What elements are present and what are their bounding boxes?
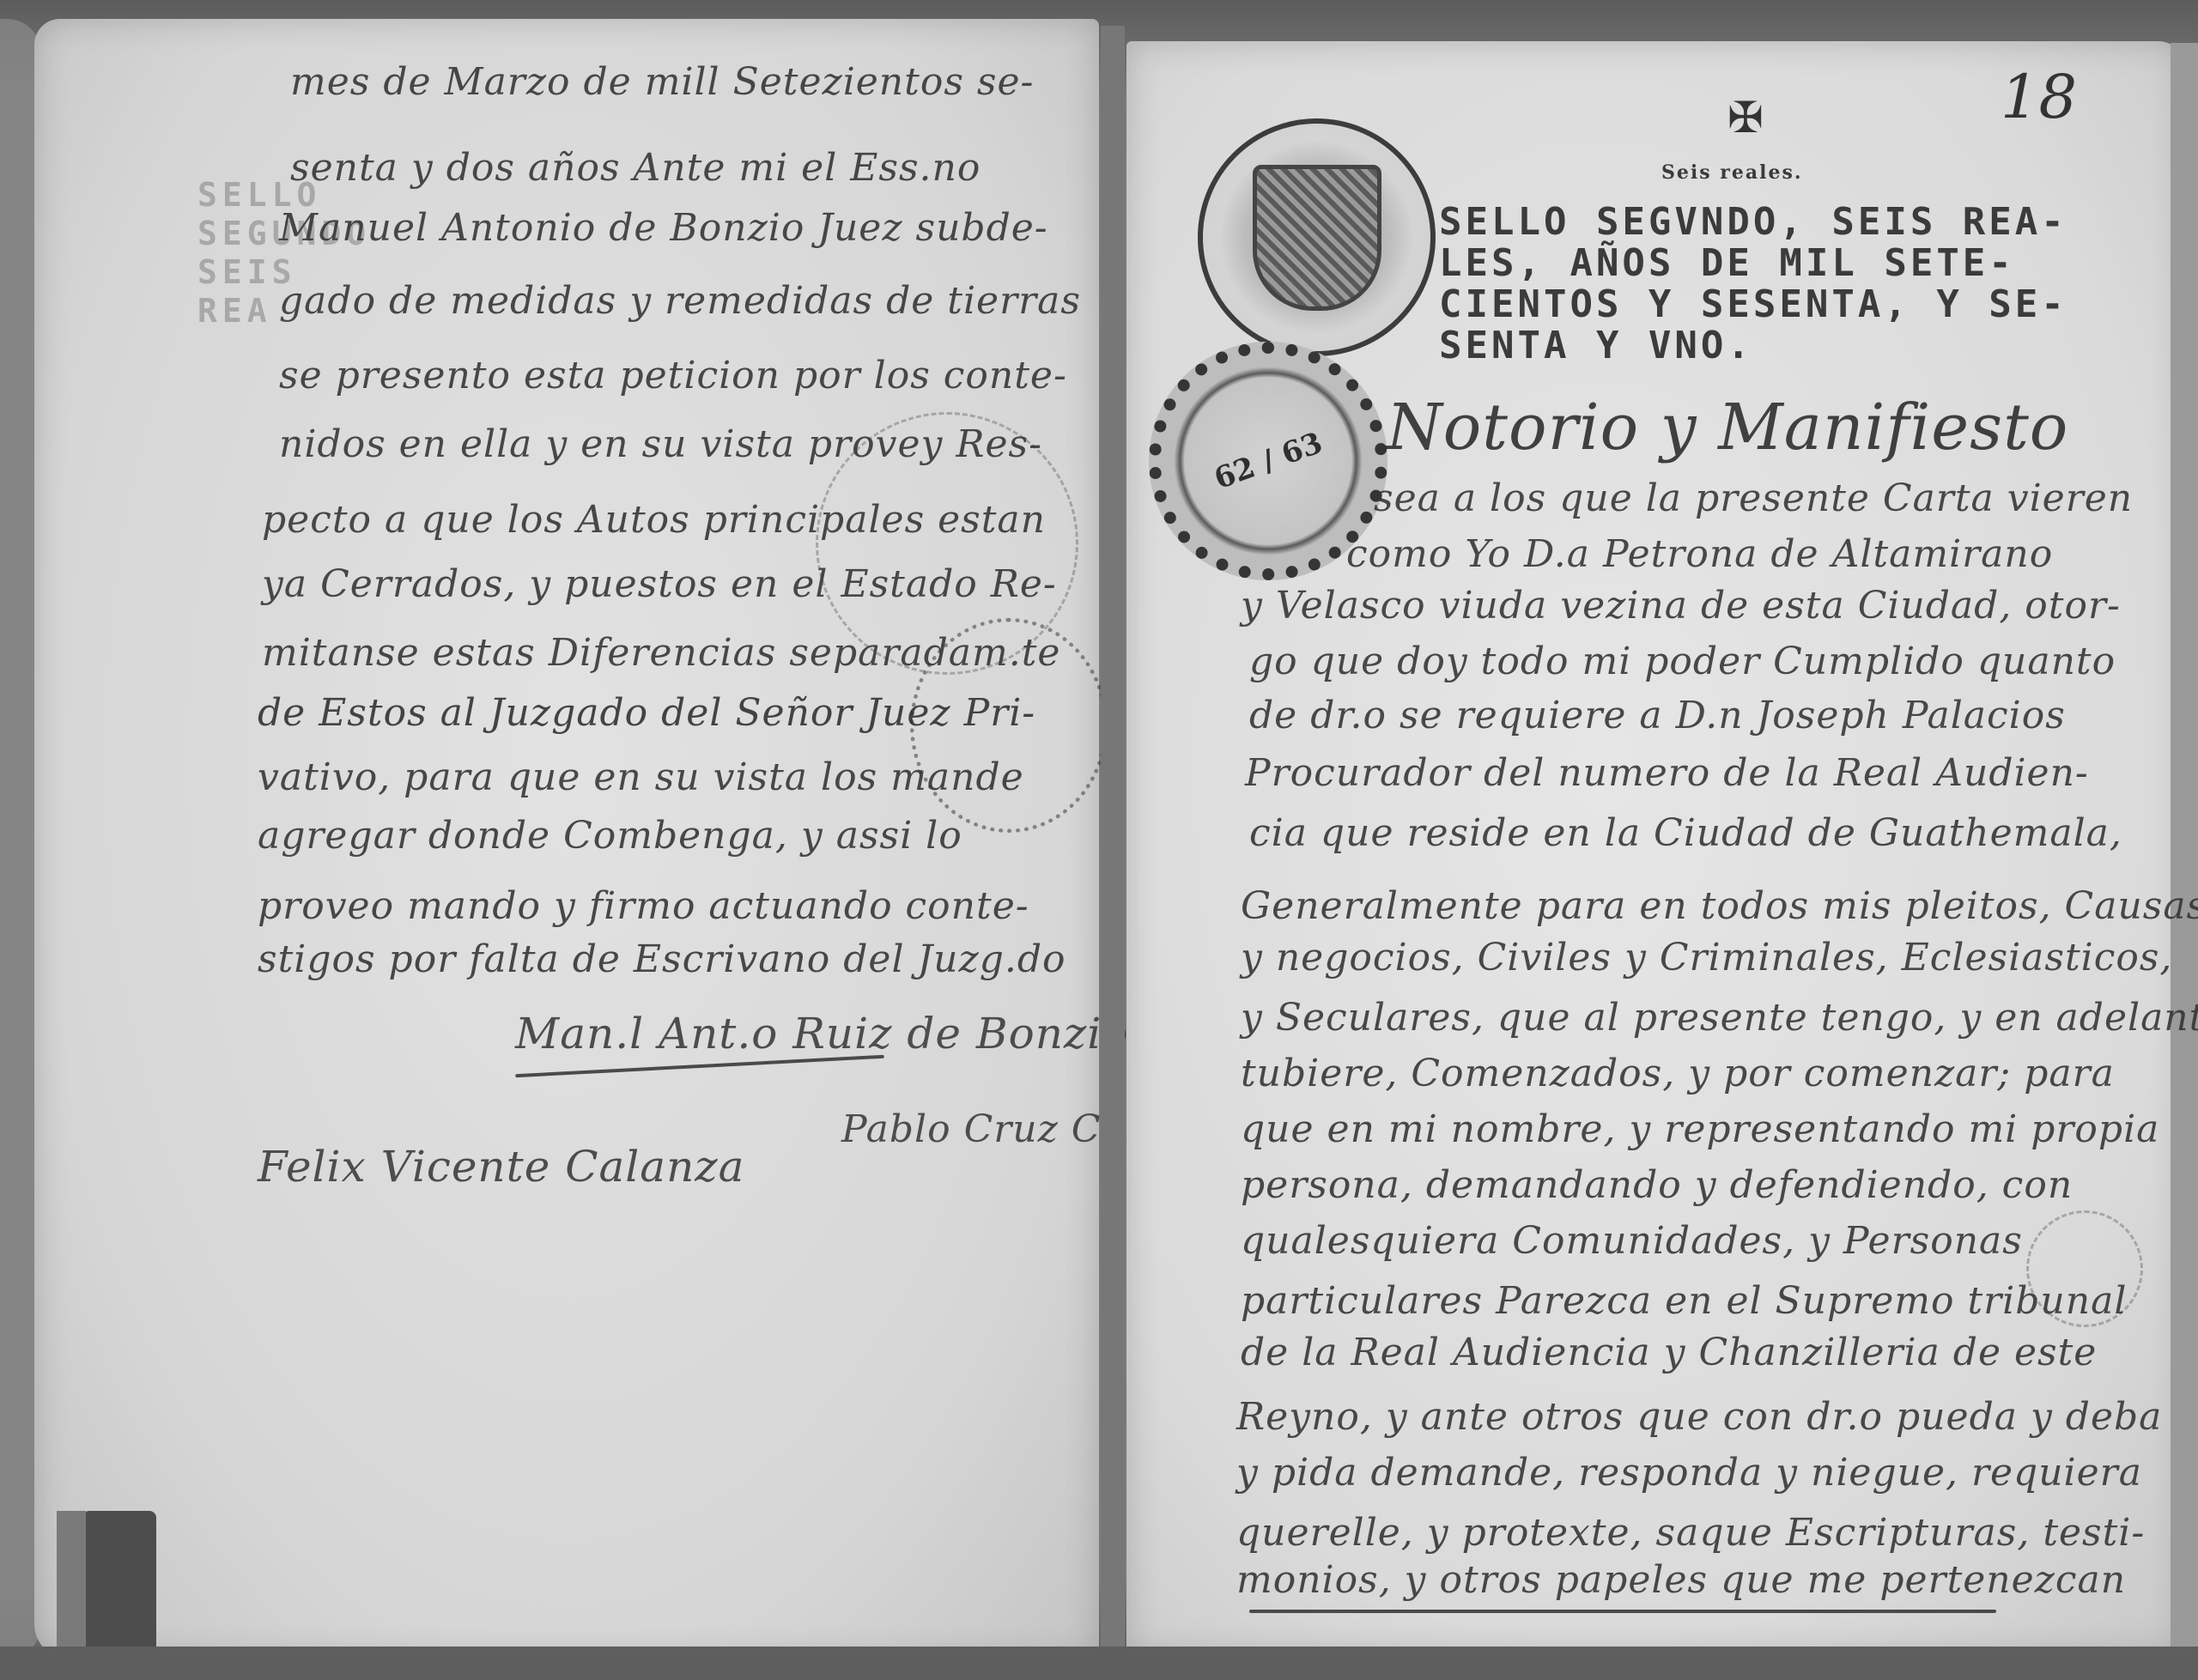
bleed-through-text: REA <box>197 292 272 330</box>
right-line: y negocios, Civiles y Criminales, Eclesi… <box>1241 936 2172 979</box>
tax-stamp-center: 62 / 63 <box>1210 426 1327 496</box>
left-line: gado de medidas y remedidas de tierras <box>279 279 1081 323</box>
right-page-edge <box>2171 43 2198 1657</box>
left-line: vativo, para que en su vista los mande <box>258 755 1024 799</box>
left-line: pecto a que los Autos principales estan <box>262 498 1046 542</box>
left-line: se presento esta peticion por los conte- <box>279 354 1067 397</box>
right-line: go que doy todo mi poder Cumplido quanto <box>1249 640 2116 683</box>
cross-symbol: ✠ <box>1727 93 1764 143</box>
closing-rule <box>1249 1610 1996 1613</box>
book-gutter <box>1101 26 1125 1657</box>
stamp-line: LES, AÑOS DE MIL SETE- <box>1439 243 2015 284</box>
stamp-line: CIENTOS Y SESENTA, Y SE- <box>1439 284 2067 325</box>
left-line: mitanse estas Diferencias separadam.te <box>262 631 1060 675</box>
document-heading: Notorio y Manifiesto <box>1387 391 2068 464</box>
left-line: mes de Marzo de mill Setezientos se- <box>290 60 1034 104</box>
scan-bottom-edge <box>0 1647 2198 1680</box>
left-line: senta y dos años Ante mi el Ess.no <box>290 146 981 190</box>
right-line: qualesquiera Comunidades, y Personas <box>1241 1219 2023 1263</box>
left-line: proveo mando y firmo actuando conte- <box>258 884 1029 928</box>
right-line: Reyno, y ante otros que con dr.o pueda y… <box>1236 1395 2162 1439</box>
right-line: sea a los que la presente Carta vieren <box>1374 476 2133 520</box>
royal-coat-of-arms-seal <box>1198 118 1436 356</box>
left-line: Manuel Antonio de Bonzio Juez subde- <box>279 206 1048 250</box>
right-line: Generalmente para en todos mis pleitos, … <box>1241 884 2198 928</box>
right-line: querelle, y protexte, saque Escripturas,… <box>1236 1511 2145 1555</box>
right-line: monios, y otros papeles que me pertenezc… <box>1236 1558 2126 1602</box>
right-line: y Velasco viuda vezina de esta Ciudad, o… <box>1241 584 2121 628</box>
left-line: nidos en ella y en su vista provey Res- <box>279 422 1042 466</box>
right-line: y Seculares, que al presente tengo, y en… <box>1241 996 2198 1040</box>
right-line: y pida demande, responda y niegue, requi… <box>1236 1451 2142 1495</box>
signature-witness-1: Felix Vicente Calanza <box>258 1142 744 1192</box>
left-line: stigos por falta de Escrivano del Juzg.d… <box>258 937 1066 981</box>
left-line: agregar donde Combenga, y assi lo <box>258 814 962 858</box>
stamp-line: SELLO SEGVNDO, SEIS REA- <box>1439 202 2067 243</box>
right-line: de dr.o se requiere a D.n Joseph Palacio… <box>1249 694 2066 737</box>
right-line: particulares Parezca en el Supremo tribu… <box>1241 1279 2127 1323</box>
right-line: tubiere, Comenzados, y por comenzar; par… <box>1241 1052 2115 1095</box>
right-line: que en mi nombre, y representando mi pro… <box>1241 1107 2159 1151</box>
right-line: de la Real Audiencia y Chanzilleria de e… <box>1241 1331 2097 1374</box>
signature-judge: Man.l Ant.o Ruiz de Bonzio <box>515 1009 1128 1058</box>
stamp-line: SENTA Y VNO. <box>1439 325 1753 367</box>
right-line: Procurador del numero de la Real Audien- <box>1245 751 2089 795</box>
right-line: cia que reside en la Ciudad de Guathemal… <box>1249 811 2122 855</box>
right-line: como Yo D.a Petrona de Altamirano <box>1346 532 2053 576</box>
right-line: persona, demandando y defendiendo, con <box>1241 1163 2073 1207</box>
left-line: ya Cerrados, y puestos en el Estado Re- <box>262 562 1057 606</box>
shield-icon <box>1253 165 1381 311</box>
stamp-value-label: Seis reales. <box>1661 161 1803 184</box>
left-line: de Estos al Juzgado del Señor Juez Pri- <box>258 691 1035 735</box>
faded-seal-impression <box>2026 1210 2143 1327</box>
folio-number: 18 <box>2001 62 2077 132</box>
